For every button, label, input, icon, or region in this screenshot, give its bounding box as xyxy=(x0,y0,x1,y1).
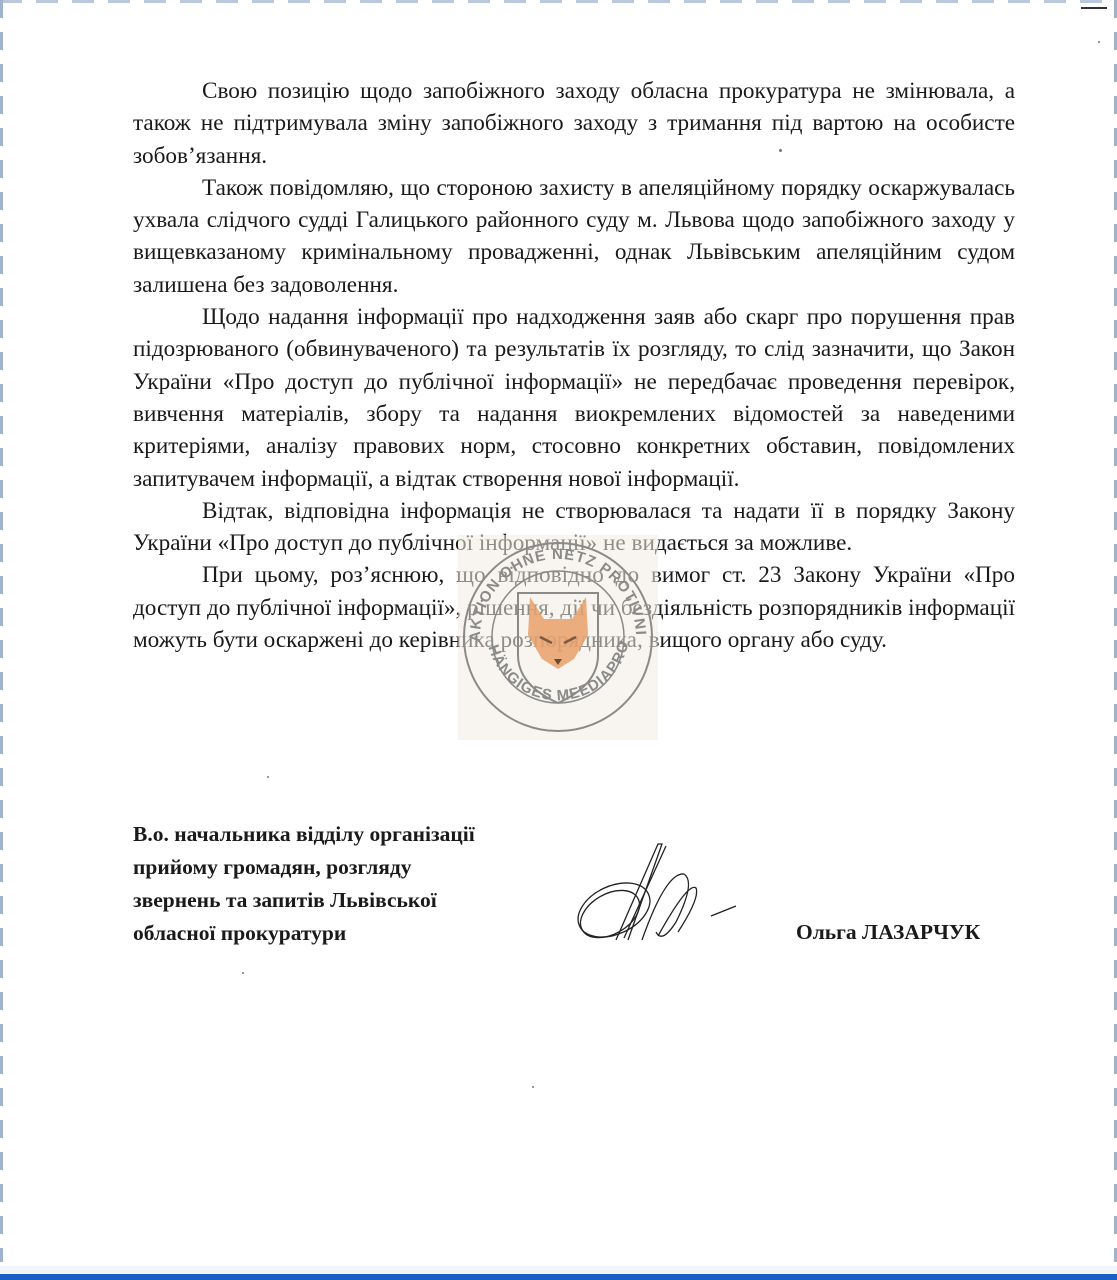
paragraph-appeal: Також повідомляю, що стороною захисту в … xyxy=(133,172,1015,301)
scan-speck xyxy=(242,972,244,974)
handwritten-signature xyxy=(566,832,736,947)
scan-speck xyxy=(1098,41,1100,43)
scan-speck xyxy=(532,1086,534,1088)
page-frame-left xyxy=(0,0,3,1262)
signature-icon xyxy=(566,832,736,947)
page-bottom-strip xyxy=(0,1266,1117,1274)
corner-mark xyxy=(1081,7,1107,9)
signatory-title-line: прийому громадян, розгляду xyxy=(133,851,573,884)
paragraph-appeal-rights: При цьому, роз’яснюю, що відповідно до в… xyxy=(133,559,1015,656)
signatory-title-line: обласної прокуратури xyxy=(133,917,573,950)
paragraph-complaints: Щодо надання інформації про надходження … xyxy=(133,301,1015,495)
page-frame-top xyxy=(0,0,1117,3)
scan-speck xyxy=(779,149,782,152)
signatory-name: Ольга ЛАЗАРЧУК xyxy=(796,917,980,947)
signatory-title: В.о. начальника відділу організації прий… xyxy=(133,818,573,950)
scan-speck xyxy=(267,776,269,778)
page-bottom-bar xyxy=(0,1274,1117,1280)
signatory-title-line: звернень та запитів Львівської xyxy=(133,884,573,917)
paragraph-no-information: Відтак, відповідна інформація не створюв… xyxy=(133,495,1015,560)
document-body: Свою позицію щодо запобіжного заходу обл… xyxy=(133,75,1015,656)
signatory-title-line: В.о. начальника відділу організації xyxy=(133,818,573,851)
paragraph-preventive-measure: Свою позицію щодо запобіжного заходу обл… xyxy=(133,75,1015,172)
